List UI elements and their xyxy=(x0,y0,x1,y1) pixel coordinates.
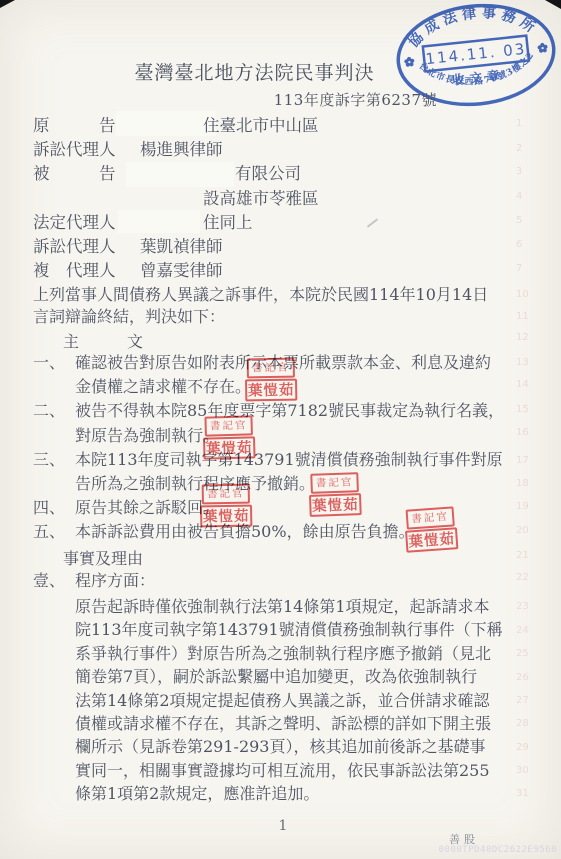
paragraph-line: 系爭執行事件）對原告所為之強制執行程序應予撤銷（見北 xyxy=(75,642,553,665)
margin-line-number: 14 xyxy=(516,379,529,390)
document-code: 0000TPD40DC2622E9568 xyxy=(439,845,557,855)
clerk-stamp: 書記官 葉愷茹 xyxy=(200,484,253,528)
margin-line-number: 6 xyxy=(516,239,522,250)
ruling-text: 原告其餘之訴駁回。 xyxy=(75,498,219,517)
ruling-text: 金債權之請求權不存在。 xyxy=(75,377,251,396)
facts-heading: 事實及理由 xyxy=(63,546,143,569)
party-row: 訴訟代理人 楊進興律師 xyxy=(33,136,551,160)
preamble-block: 上列當事人間債務人異議之訴事件，本院於民國114年10月14日 言詞辯論終結，判… xyxy=(33,284,549,329)
ruling-line: 二、被告不得執本院85年度票字第7182號民事裁定為執行名義， xyxy=(33,399,549,423)
margin-line-number: 1 xyxy=(516,118,522,129)
clerk-stamp-name: 葉愷茹 xyxy=(405,527,458,554)
case-number: 113年度訴字第6237號 xyxy=(274,89,437,110)
ruling-line: 四、原告其餘之訴駁回。 xyxy=(33,496,549,520)
margin-line-number: 7 xyxy=(516,263,522,274)
ruling-line: 告所為之強制執行程序應予撤銷。 xyxy=(33,472,549,496)
clerk-stamp-name: 葉愷茹 xyxy=(309,493,362,518)
party-role-label: 原 告 xyxy=(33,112,116,136)
clerk-stamp-title: 書記官 xyxy=(204,415,252,436)
preamble-line: 上列當事人間債務人異議之訴事件，本院於民國114年10月14日 xyxy=(33,284,549,306)
court-title: 臺灣臺北地方法院民事判決 xyxy=(0,58,535,85)
scan-artifact-corner xyxy=(0,0,15,8)
paragraph-line: 債權或請求權不存在，其訴之聲明、訴訟標的詳如下開主張 xyxy=(75,712,553,735)
parties-block: 原 告 住臺北市中山區 訴訟代理人 楊進興律師 被 告 有限公司 設高雄市苓雅區… xyxy=(33,112,551,281)
ruling-number: 二、 xyxy=(33,399,75,423)
margin-line-number: 26 xyxy=(516,672,529,683)
clerk-stamp: 書記官 葉愷茹 xyxy=(202,415,255,460)
party-role-label: 訴訟代理人 xyxy=(33,233,116,257)
margin-line-number: 16 xyxy=(516,427,529,438)
party-value: 設高雄市苓雅區 xyxy=(203,185,319,209)
section-heading: 壹、程序方面： xyxy=(33,568,155,591)
clerk-stamp-name: 葉愷茹 xyxy=(245,378,297,402)
party-role-label: 被 告 xyxy=(33,160,116,184)
margin-line-number: 25 xyxy=(516,648,529,659)
margin-line-number: 3 xyxy=(516,166,522,177)
margin-line-number: 31 xyxy=(516,788,529,799)
clerk-stamp-title: 書記官 xyxy=(202,484,250,504)
party-role-label: 法定代理人 xyxy=(33,209,116,233)
ruling-number: 三、 xyxy=(33,448,75,472)
paragraph-line: 法第14條第2項規定提起債務人異議之訴，並合併請求確認 xyxy=(75,689,553,712)
margin-line-number: 15 xyxy=(516,404,529,415)
clerk-stamp-title: 書記官 xyxy=(406,506,455,529)
judgment-page: 協成法律事務所 114.11. 03 收文章 台北市長安西路70號3樓之2 臺灣… xyxy=(0,0,561,859)
party-value: 楊進興律師 xyxy=(140,136,223,160)
clerk-stamp: 書記官 葉愷茹 xyxy=(245,358,298,402)
party-value: 住臺北市中山區 xyxy=(203,112,319,136)
margin-line-number: 30 xyxy=(516,765,529,776)
margin-line-number: 29 xyxy=(516,742,529,753)
ruling-text: 對原告為強制執行。 xyxy=(75,426,219,445)
preamble-line: 言詞辯論終結，判決如下： xyxy=(33,306,549,328)
party-row: 設高雄市苓雅區 xyxy=(33,185,551,209)
margin-line-number: 13 xyxy=(516,357,529,368)
party-value: 葉凱禎律師 xyxy=(140,233,223,257)
paragraph-line: 原告起訴時僅依強制執行法第14條第1項規定，起訴請求本 xyxy=(75,595,553,618)
paragraph-line: 院113年度司執字第143791號清償債務強制執行事件（下稱 xyxy=(75,618,553,641)
margin-line-number: 18 xyxy=(516,478,529,489)
margin-line-number: 5 xyxy=(516,215,522,226)
procedure-paragraph: 原告起訴時僅依強制執行法第14條第1項規定，起訴請求本 院113年度司執字第14… xyxy=(75,595,553,806)
clerk-stamp-title: 書記官 xyxy=(247,358,295,378)
party-row: 被 告 有限公司 xyxy=(33,160,551,184)
ruling-number: 一、 xyxy=(33,351,75,375)
margin-line-number: 22 xyxy=(516,572,529,583)
margin-line-number: 17 xyxy=(516,455,529,466)
margin-line-number: 11 xyxy=(516,311,529,322)
party-value: 有限公司 xyxy=(235,160,301,184)
margin-line-number: 10 xyxy=(516,289,529,300)
clerk-stamp-title: 書記官 xyxy=(310,472,359,493)
plum-blossom-icon xyxy=(537,42,548,53)
party-role-label: 訴訟代理人 xyxy=(33,136,116,160)
margin-line-number: 4 xyxy=(516,191,522,202)
paragraph-line: 簡卷第7頁），嗣於訴訟繫屬中追加變更，改為依強制執行 xyxy=(75,665,553,688)
main-text-heading: 主 文 xyxy=(63,329,143,352)
ruling-text: 本院113年度司執字第143791號清償債務強制執行事件對原 xyxy=(75,450,503,469)
ruling-line: 對原告為強制執行。 xyxy=(33,424,549,448)
margin-line-number: 24 xyxy=(516,625,529,636)
ruling-line: 三、本院113年度司執字第143791號清償債務強制執行事件對原 xyxy=(33,448,549,472)
margin-line-number: 19 xyxy=(516,501,529,512)
margin-line-number: 20 xyxy=(516,525,529,536)
margin-line-number: 23 xyxy=(516,601,529,612)
party-value: 曾嘉雯律師 xyxy=(140,257,223,281)
section-title: 程序方面： xyxy=(75,571,155,590)
ruling-number: 五、 xyxy=(33,520,75,544)
ruling-text: 告所為之強制執行程序應予撤銷。 xyxy=(75,474,315,493)
ruling-line: 五、本訴訴訟費用由被告負擔50%，餘由原告負擔。 xyxy=(33,520,549,544)
margin-line-number: 12 xyxy=(516,332,529,343)
party-row: 原 告 住臺北市中山區 xyxy=(33,112,551,136)
ruling-text: 被告不得執本院85年度票字第7182號民事裁定為執行名義， xyxy=(75,401,504,420)
margin-line-number: 21 xyxy=(516,550,529,561)
margin-line-number: 28 xyxy=(516,718,529,729)
party-role-label: 複 代理人 xyxy=(33,257,116,281)
clerk-stamp: 書記官 葉愷茹 xyxy=(404,506,459,553)
paragraph-line: 實同一，相關事實證據均可相互流用，依民事訴訟法第255 xyxy=(75,759,553,782)
section-number: 壹、 xyxy=(33,568,75,591)
party-row: 複 代理人 曾嘉雯律師 xyxy=(33,257,551,281)
margin-line-number: 27 xyxy=(516,695,529,706)
paragraph-line: 欄所示（見訴卷第291-293頁），核其追加前後訴之基礎事 xyxy=(75,735,553,758)
party-row: 訴訟代理人 葉凱禎律師 xyxy=(33,233,551,257)
clerk-stamp-name: 葉愷茹 xyxy=(203,436,256,460)
clerk-stamp-name: 葉愷茹 xyxy=(200,504,252,528)
party-row: 法定代理人 住同上 xyxy=(33,209,551,233)
clerk-stamp: 書記官 葉愷茹 xyxy=(308,472,361,517)
page-number: 1 xyxy=(270,818,296,834)
margin-line-number: 2 xyxy=(516,143,522,154)
paragraph-line: 條第1項第2款規定，應准許追加。 xyxy=(75,782,553,805)
ruling-number: 四、 xyxy=(33,496,75,520)
party-value: 住同上 xyxy=(203,209,253,233)
